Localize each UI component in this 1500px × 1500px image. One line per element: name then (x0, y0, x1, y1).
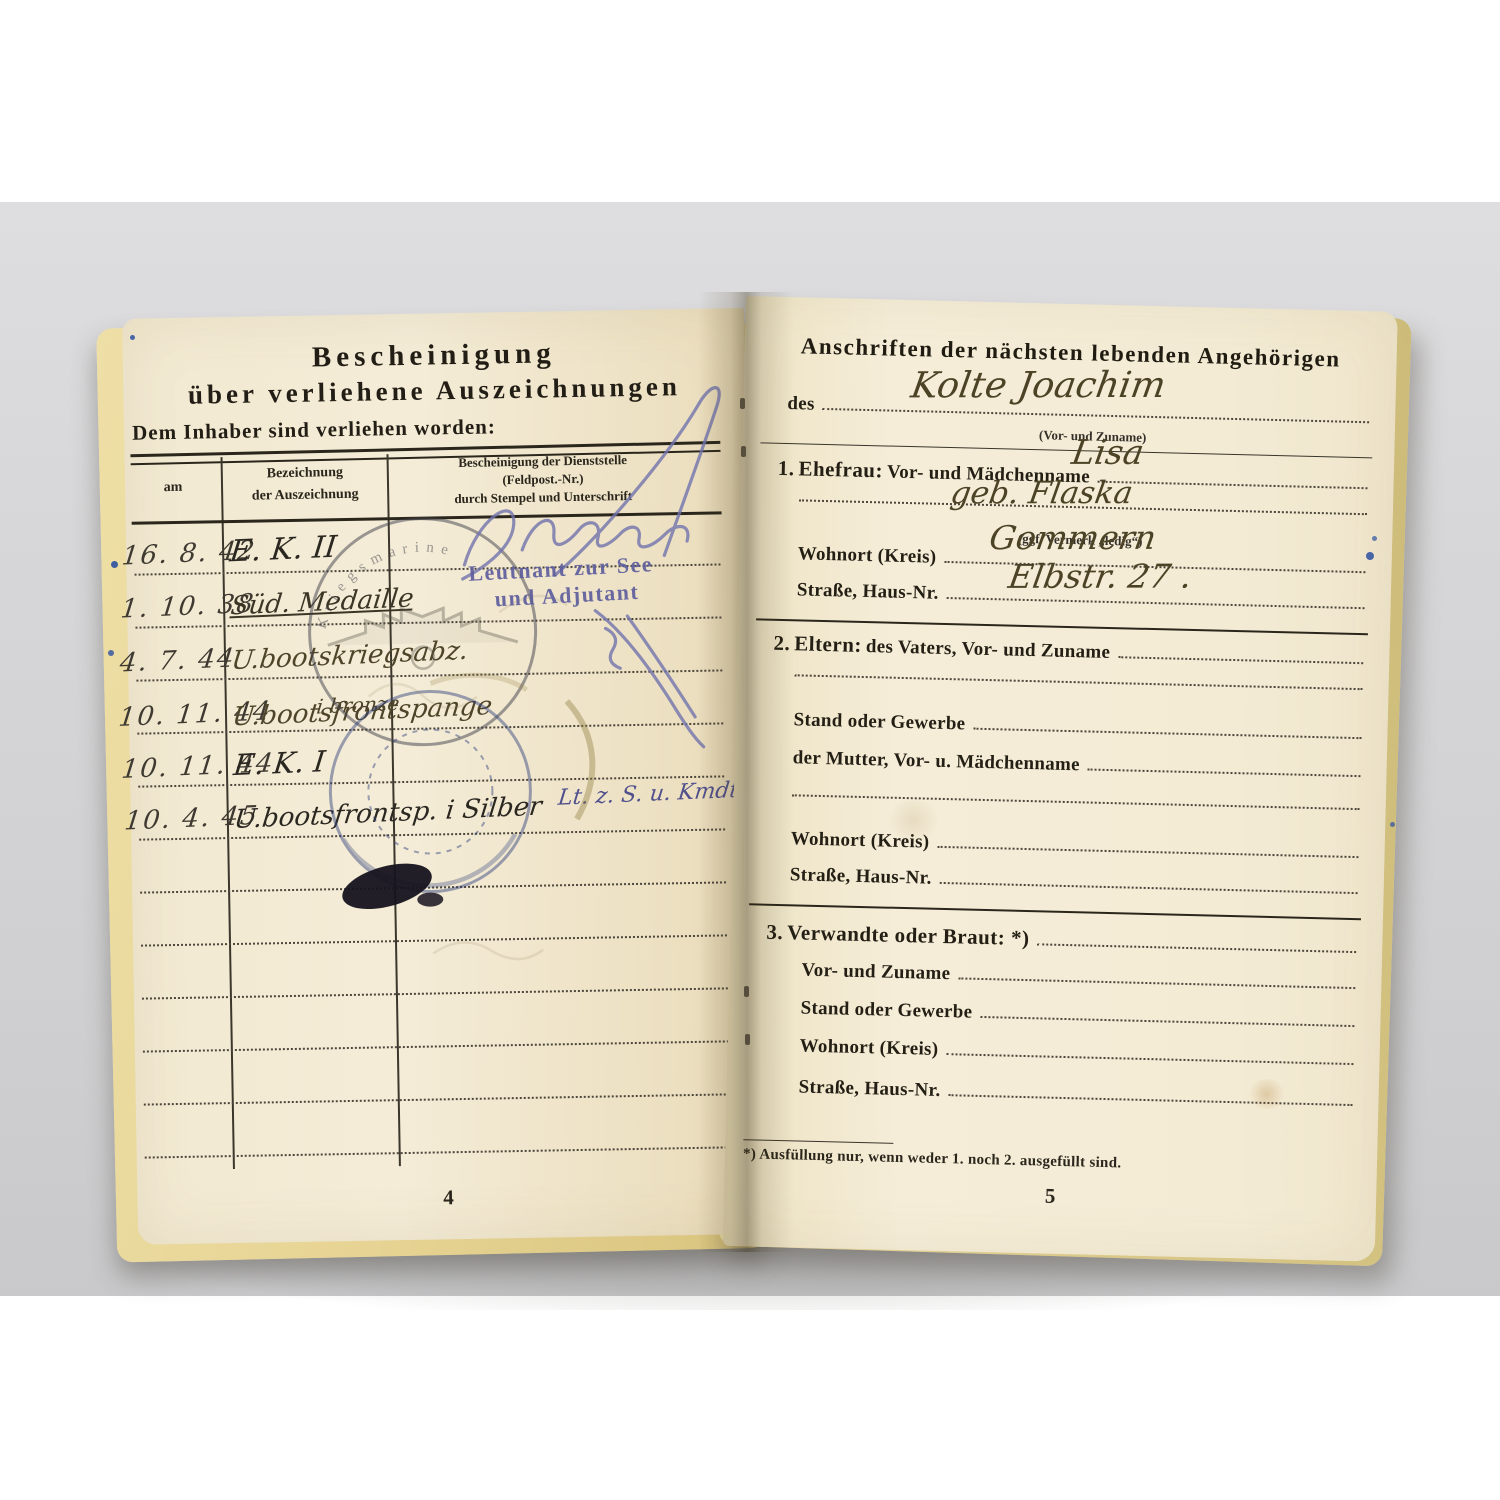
section-rule (749, 903, 1361, 920)
award-name: E. K. I (232, 744, 327, 782)
col-header-bezeichnung-1: Bezeichnung (225, 464, 385, 483)
section3-number: 3. (766, 920, 783, 945)
verwandte-stand-row: Stand oder Gewerbe (800, 998, 1356, 1034)
strasse-label: Straße, Haus-Nr. (798, 1077, 940, 1102)
verwandte-wohnort-row: Wohnort (Kreis) (799, 1036, 1355, 1072)
footnote-rule (743, 1139, 893, 1144)
dotted-line (823, 406, 1370, 423)
wohnort-label: Wohnort (Kreis) (799, 1036, 938, 1061)
section2-number: 2. (773, 631, 790, 656)
ink-speck (108, 650, 114, 656)
dotted-line (947, 595, 1365, 609)
eltern-stand-row: Stand oder Gewerbe (793, 709, 1363, 745)
mutter-row: der Mutter, Vor- u. Mädchenname (792, 747, 1362, 783)
dotted-line (792, 792, 1360, 810)
owner-name-handwriting: Kolte Joachim (908, 365, 1168, 406)
strasse-label: Straße, Haus-Nr. (797, 579, 939, 604)
des-label: des (787, 393, 815, 416)
wife-strasse-handwriting: Elbstr. 27 . (1006, 557, 1195, 596)
dotted-line (1037, 941, 1356, 953)
name-label: Vor- und Zuname (801, 960, 950, 986)
wohnort-label: Wohnort (Kreis) (790, 828, 929, 853)
eltern-strasse-row: Straße, Haus-Nr. (790, 864, 1360, 900)
award-officer-signature-rank: Lt. z. S. u. Kmdt. (557, 778, 747, 811)
section1-label: Ehefrau: (798, 456, 883, 483)
spine-stitch (744, 986, 749, 997)
verwandte-row: 3. Verwandte oder Braut: *) (766, 920, 1358, 959)
col-header-bezeichnung-2: der Auszeichnung (225, 486, 385, 505)
dotted-line (973, 726, 1361, 739)
col-header-am: am (125, 479, 221, 497)
stand-label: Stand oder Gewerbe (793, 709, 965, 735)
dotted-line (795, 672, 1363, 690)
dotted-line (940, 880, 1358, 894)
wife-maidenname-handwriting: geb. Flaska (948, 475, 1135, 511)
page4-subtitle: Dem Inhaber sind verliehen worden: (132, 414, 496, 445)
stand-label: Stand oder Gewerbe (800, 998, 972, 1024)
award-name: E. K. II (228, 530, 339, 570)
mutter-label: der Mutter, Vor- u. Mädchenname (792, 747, 1080, 776)
verwandte-strasse-row: Straße, Haus-Nr. (798, 1077, 1354, 1113)
award-name: Süd. Medaille (229, 583, 415, 621)
section2-field: des Vaters, Vor- und Zuname (866, 636, 1111, 664)
section1-number: 1. (777, 456, 794, 481)
ink-speck (1366, 552, 1374, 560)
wife-wohnort-handwriting: Gommern (987, 518, 1159, 557)
page-number-4: 4 (137, 1180, 759, 1216)
dotted-line (937, 844, 1358, 858)
spine-stitch (745, 1034, 750, 1045)
dotted-line (948, 1092, 1352, 1106)
verwandte-name-row: Vor- und Zuname (801, 960, 1357, 996)
strasse-label: Straße, Haus-Nr. (790, 864, 932, 889)
col-header-bescheinigung-3: durch Stempel und Unterschrift (393, 487, 693, 508)
ink-speck (1390, 822, 1395, 827)
ink-speck (130, 335, 135, 340)
photo-scene: Bescheinigung über verliehene Auszeichnu… (0, 0, 1500, 1500)
award-name: U.bootskriegsabz. (230, 636, 470, 676)
award-name: U.bootsfrontsp. i Silber (233, 792, 544, 835)
dotted-line (1088, 766, 1361, 777)
wohnort-label: Wohnort (Kreis) (797, 543, 936, 568)
section-rule (760, 442, 1372, 458)
ink-blot-small (417, 892, 443, 906)
ink-speck (1372, 536, 1377, 541)
dotted-line (1098, 479, 1368, 490)
wife-name-handwriting: Lisa (1069, 433, 1147, 473)
eltern-wohnort-row: Wohnort (Kreis) (790, 828, 1360, 864)
footnote: *) Ausfüllung nur, wenn weder 1. noch 2.… (743, 1146, 1353, 1178)
ink-speck (111, 561, 118, 568)
award-date: 4. 7. 44 (118, 643, 237, 678)
eltern-row: 2. Eltern: des Vaters, Vor- und Zuname (773, 631, 1365, 670)
page4-title-line2: über verliehene Auszeichnungen (123, 370, 745, 412)
eltern-row2 (795, 672, 1365, 693)
stamp-rank-line2: und Adjutant (494, 579, 640, 612)
page-4-auszeichnungen: Bescheinigung über verliehene Auszeichnu… (122, 308, 760, 1245)
dotted-line (1118, 654, 1363, 664)
spine-stitch (741, 446, 746, 457)
section3-label: Verwandte oder Braut: *) (787, 920, 1030, 951)
dotted-line (958, 975, 1355, 989)
dotted-line (946, 1051, 1353, 1065)
page-5-angehoerige: Anschriften der nächsten lebenden Angehö… (723, 296, 1398, 1262)
spine-stitch (740, 398, 745, 409)
dotted-line (980, 1014, 1354, 1027)
mutter-row2 (792, 792, 1362, 813)
section2-label: Eltern: (794, 631, 862, 658)
table-header-rule (132, 511, 722, 524)
page-number-5: 5 (724, 1176, 1376, 1217)
